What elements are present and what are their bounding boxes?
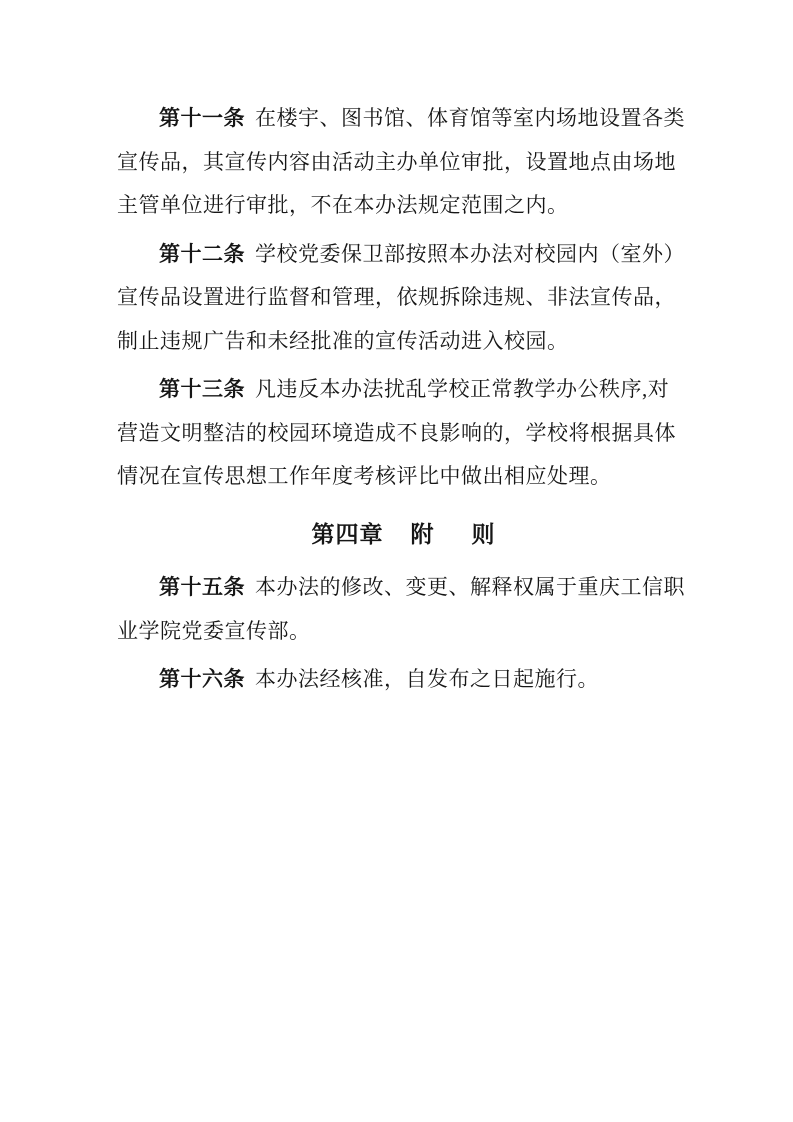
document-page: 第十一条在楼宇、图书馆、体育馆等室内场地设置各类 宣传品，其宣传内容由活动主办单… <box>0 0 793 1122</box>
article-number: 第十五条 <box>159 575 245 599</box>
chapter-title-word-2: 则 <box>472 521 496 547</box>
article-number: 第十二条 <box>159 242 245 266</box>
article-number: 第十一条 <box>159 106 245 130</box>
article-text: 本办法经核准，自发布之日起施行。 <box>255 667 599 691</box>
article-number: 第十六条 <box>159 667 245 691</box>
chapter-number: 第四章 <box>312 521 384 547</box>
article-paragraph: 第十二条学校党委保卫部按照本办法对校园内（室外） 宣传品设置进行监督和管理，依规… <box>117 233 727 364</box>
chapter-heading: 第四章附则 <box>117 513 690 557</box>
article-paragraph: 第十三条凡违反本办法扰乱学校正常教学办公秩序,对 营造文明整洁的校园环境造成不良… <box>117 368 727 499</box>
article-paragraph: 第十一条在楼宇、图书馆、体育馆等室内场地设置各类 宣传品，其宣传内容由活动主办单… <box>117 97 727 228</box>
article-number: 第十三条 <box>159 377 245 401</box>
document-content: 第十一条在楼宇、图书馆、体育馆等室内场地设置各类 宣传品，其宣传内容由活动主办单… <box>0 0 727 702</box>
chapter-title-word-1: 附 <box>411 521 435 547</box>
article-paragraph: 第十五条本办法的修改、变更、解释权属于重庆工信职 业学院党委宣传部。 <box>117 566 727 653</box>
article-paragraph: 第十六条本办法经核准，自发布之日起施行。 <box>117 658 727 702</box>
